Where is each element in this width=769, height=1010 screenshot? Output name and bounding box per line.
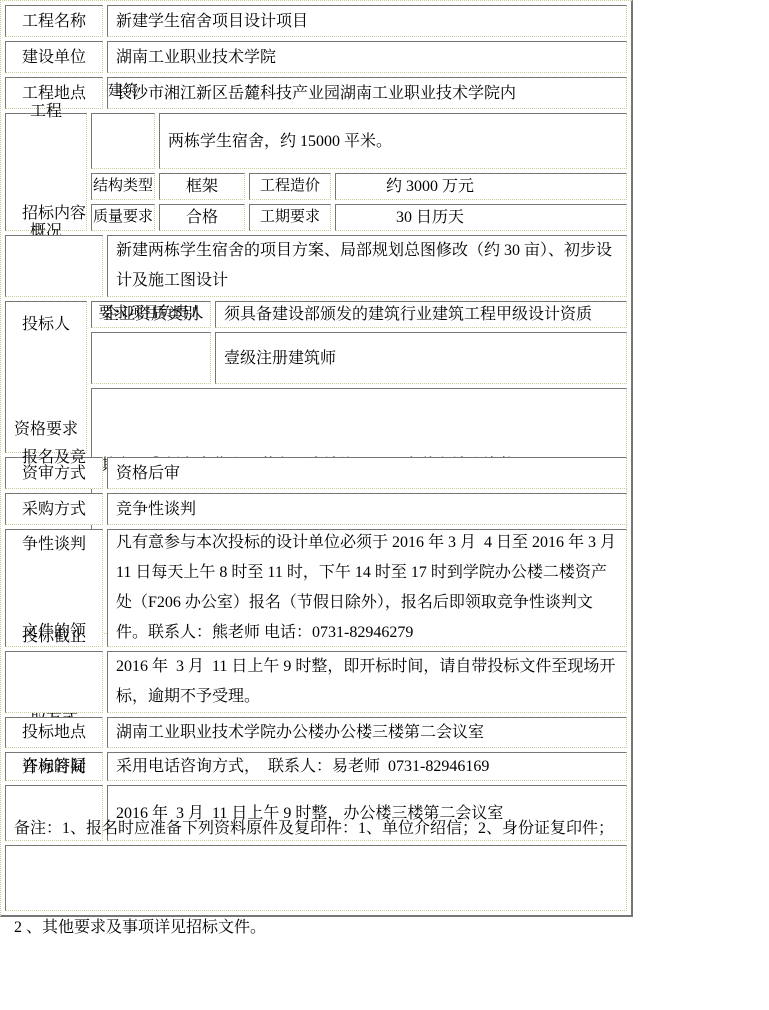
- row-project-overview: 工程 概况 建筑 面积 两栋学生宿舍，约 15000 平米。 结构类型: [5, 113, 627, 231]
- deadline-label-line1: 投标截止: [14, 622, 94, 652]
- row-remark: 备注：1、报名时应准备下列资料原件及复印件：1、单位介绍信；2、身份证复印件； …: [5, 845, 627, 911]
- registration-label-line2: 争性谈判: [14, 530, 94, 559]
- structure-value-cell: 框架: [159, 173, 245, 200]
- registration-label-line1: 报名及竞: [14, 443, 94, 472]
- location-value: 长沙市湘江新区岳麓科技产业园湖南工业职业技术学院内: [116, 83, 618, 104]
- remark-line1: 备注：1、报名时应准备下列资料原件及复印件：1、单位介绍信；2、身份证复印件；: [14, 812, 618, 845]
- area-label-line1: 建筑: [93, 75, 153, 108]
- row-project-manager: 要求项目负责人 资格等级 壹级注册建筑师: [91, 332, 627, 384]
- structure-value: 框架: [168, 176, 236, 197]
- cost-label-cell: 工程造价: [249, 173, 331, 200]
- registration-value-cell: 凡有意参与本次投标的设计单位必须于 2016 年 3 月 4 日至 2016 年…: [107, 529, 627, 647]
- enterprise-value-cell: 须具备建设部颁发的建筑行业建筑工程甲级设计资质: [215, 301, 627, 328]
- deadline-value-cell: 2016 年 3 月 11 日上午 9 时整，即开标时间，请自带投标文件至现场开…: [107, 651, 627, 713]
- structure-label: 结构类型: [93, 176, 153, 197]
- quality-value-cell: 合格: [159, 204, 245, 231]
- duration-label-cell: 工期要求: [249, 204, 331, 231]
- location-value-cell: 长沙市湘江新区岳麓科技产业园湖南工业职业技术学院内: [107, 77, 627, 109]
- manager-value-cell: 壹级注册建筑师: [215, 332, 627, 384]
- procurement-value: 竞争性谈判: [116, 499, 618, 520]
- area-label-cell: 建筑 面积: [91, 113, 155, 169]
- quality-label: 质量要求: [93, 207, 153, 228]
- bid-place-value: 湖南工业职业技术学院办公楼办公楼三楼第二会议室: [116, 722, 618, 743]
- review-value: 资格后审: [116, 463, 618, 484]
- manager-label-line1: 要求项目负责人: [95, 298, 207, 328]
- duration-value: 30 日历天: [344, 207, 516, 228]
- registration-value: 凡有意参与本次投标的设计单位必须于 2016 年 3 月 4 日至 2016 年…: [116, 528, 618, 648]
- deadline-value: 2016 年 3 月 11 日上午 9 时整，即开标时间，请自带投标文件至现场开…: [116, 652, 618, 712]
- row-structure-cost: 结构类型 框架 工程造价 约 3000 万元: [91, 173, 627, 200]
- scope-label-line1: 招标内容: [14, 196, 94, 231]
- row-quality-duration: 质量要求 合格 工期要求 30 日历天: [91, 204, 627, 231]
- cost-label: 工程造价: [258, 176, 322, 197]
- row-registration: 报名及竞 争性谈判 文件的领 取方式 凡有意参与本次投标的设计单位必须于 201…: [5, 529, 627, 647]
- quality-label-cell: 质量要求: [91, 204, 155, 231]
- row-bid-deadline: 投标截止 时间 2016 年 3 月 11 日上午 9 时整，即开标时间，请自带…: [5, 651, 627, 713]
- row-bid-place: 投标地点 湖南工业职业技术学院办公楼办公楼三楼第二会议室: [5, 717, 627, 748]
- project-name-value-cell: 新建学生宿舍项目设计项目: [107, 5, 627, 37]
- bid-place-value-cell: 湖南工业职业技术学院办公楼办公楼三楼第二会议室: [107, 717, 627, 748]
- owner-value-cell: 湖南工业职业技术学院: [107, 41, 627, 73]
- remark-cell: 备注：1、报名时应准备下列资料原件及复印件：1、单位介绍信；2、身份证复印件； …: [5, 845, 627, 911]
- cost-value: 约 3000 万元: [344, 176, 516, 197]
- procurement-value-cell: 竞争性谈判: [107, 493, 627, 525]
- row-bidder-qualification: 投标人 资格要求 企业资质类别 须具备建设部颁发的建筑行业建筑工程甲级设计资质 …: [5, 301, 627, 453]
- duration-label: 工期要求: [258, 207, 322, 228]
- duration-value-cell: 30 日历天: [335, 204, 627, 231]
- area-value-cell: 两栋学生宿舍，约 15000 平米。: [159, 113, 627, 169]
- manager-value: 壹级注册建筑师: [224, 348, 618, 369]
- manager-label-cell: 要求项目负责人 资格等级: [91, 332, 211, 384]
- bid-notice-table: 工程名称 新建学生宿舍项目设计项目 建设单位 湖南工业职业技术学院 工程地点 长…: [0, 0, 633, 917]
- quality-value: 合格: [168, 207, 236, 228]
- owner-value: 湖南工业职业技术学院: [116, 47, 618, 68]
- row-review-method: 资审方式 资格后审: [5, 457, 627, 489]
- structure-label-cell: 结构类型: [91, 173, 155, 200]
- qualification-label-line1: 投标人: [14, 307, 78, 342]
- enterprise-value: 须具备建设部颁发的建筑行业建筑工程甲级设计资质: [224, 304, 618, 325]
- project-name-value: 新建学生宿舍项目设计项目: [116, 11, 618, 32]
- cost-value-cell: 约 3000 万元: [335, 173, 627, 200]
- area-value: 两栋学生宿舍，约 15000 平米。: [168, 131, 618, 152]
- row-procurement-method: 采购方式 竞争性谈判: [5, 493, 627, 525]
- row-building-area: 建筑 面积 两栋学生宿舍，约 15000 平米。: [91, 113, 627, 169]
- review-value-cell: 资格后审: [107, 457, 627, 489]
